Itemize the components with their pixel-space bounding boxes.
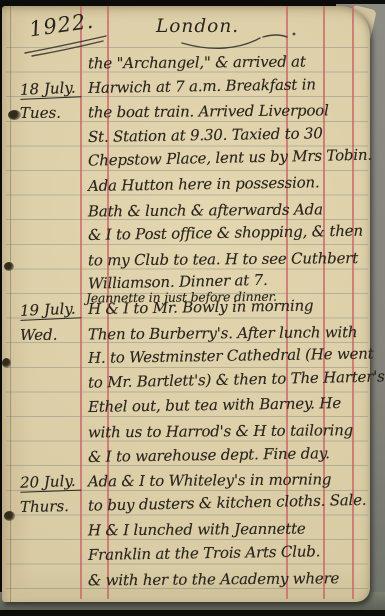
entry-text: with us to Harrod's & H to tailoring [88,419,353,443]
entry-text: & I to warehouse dept. Fine day. [88,442,330,468]
diary-line: Franklin at the Trois Arts Club. [2,540,370,568]
entry-date: Tues. [20,102,61,124]
diary-line: with us to Harrod's & H to tailoring [2,419,370,444]
diary-line: Thurs.to buy dusters & kitchen cloths. S… [2,489,370,519]
entry-text: & I to Post office & shopping, & then [88,220,363,246]
entry-text: Harwich at 7 a.m. Breakfast in [88,73,316,99]
diary-line: H & I lunched with Jeannette [2,517,370,542]
diary-line: Chepstow Place, lent us by Mrs Tobin. [2,144,370,174]
entry-text: H & I lunched with Jeannette [88,518,306,542]
diary-line: & I to Post office & shopping, & then [2,220,370,248]
entry-text: Ada & I to Whiteley's in morning [88,468,331,492]
entry-text: St. Station at 9.30. Taxied to 30 [88,122,323,148]
diary-line: & I to warehouse dept. Fine day. [2,441,370,469]
diary-line: Ethel out, but tea with Barney. He [2,392,370,420]
diary-line: to Mr. Bartlett's) & then to The Harter'… [2,366,370,396]
diary-page: 1922. London. the "Archangel," & arrived… [2,6,370,602]
entry-text: Ada Hutton here in possession. [88,171,320,197]
diary-line: the "Archangel," & arrived at [2,50,370,75]
entry-date: 20 July. [20,470,81,493]
diary-line: Wed.Then to Burberry's. After lunch with [2,321,370,346]
entry-text: & with her to the Academy where [88,567,339,591]
diary-line: Bath & lunch & afterwards Ada [2,198,370,223]
entry-date: Wed. [20,323,58,345]
entry-text: the boat train. Arrived Liverpool [88,100,329,124]
diary-line: 19 July.H & I to Mr. Bowly in morning [2,294,370,322]
diary-line: 18 July.Harwich at 7 a.m. Breakfast in [2,72,370,100]
entry-date: Thurs. [20,495,69,518]
entry-text: to Mr. Bartlett's) & then to The Harter'… [88,365,385,393]
entry-date: 19 July. [20,297,81,321]
diary-line: Tues.the boat train. Arrived Liverpool [2,99,370,124]
entry-text: Bath & lunch & afterwards Ada [88,198,323,222]
entry-text: Chepstow Place, lent us by Mrs Tobin. [88,144,372,172]
diary-line: Ada Hutton here in possession. [2,171,370,199]
entry-text: Franklin at the Trois Arts Club. [88,540,321,566]
diary-line: & with her to the Academy where [2,567,370,592]
entry-text: Ethel out, but tea with Barney. He [88,392,341,418]
diary-lines: the "Archangel," & arrived at18 July.Har… [2,6,370,602]
entry-text: Then to Burberry's. After lunch with [88,321,358,345]
entry-text: the "Archangel," & arrived at [88,51,306,75]
entry-date: 18 July. [20,76,81,100]
entry-text: H. to Westminster Cathedral (He went [88,343,374,369]
entry-text: H & I to Mr. Bowly in morning [88,294,314,320]
entry-text: to buy dusters & kitchen cloths. Sale. [88,489,367,517]
photo-of-diary-page: { "journal": { "year": "1922.", "title":… [0,0,385,616]
